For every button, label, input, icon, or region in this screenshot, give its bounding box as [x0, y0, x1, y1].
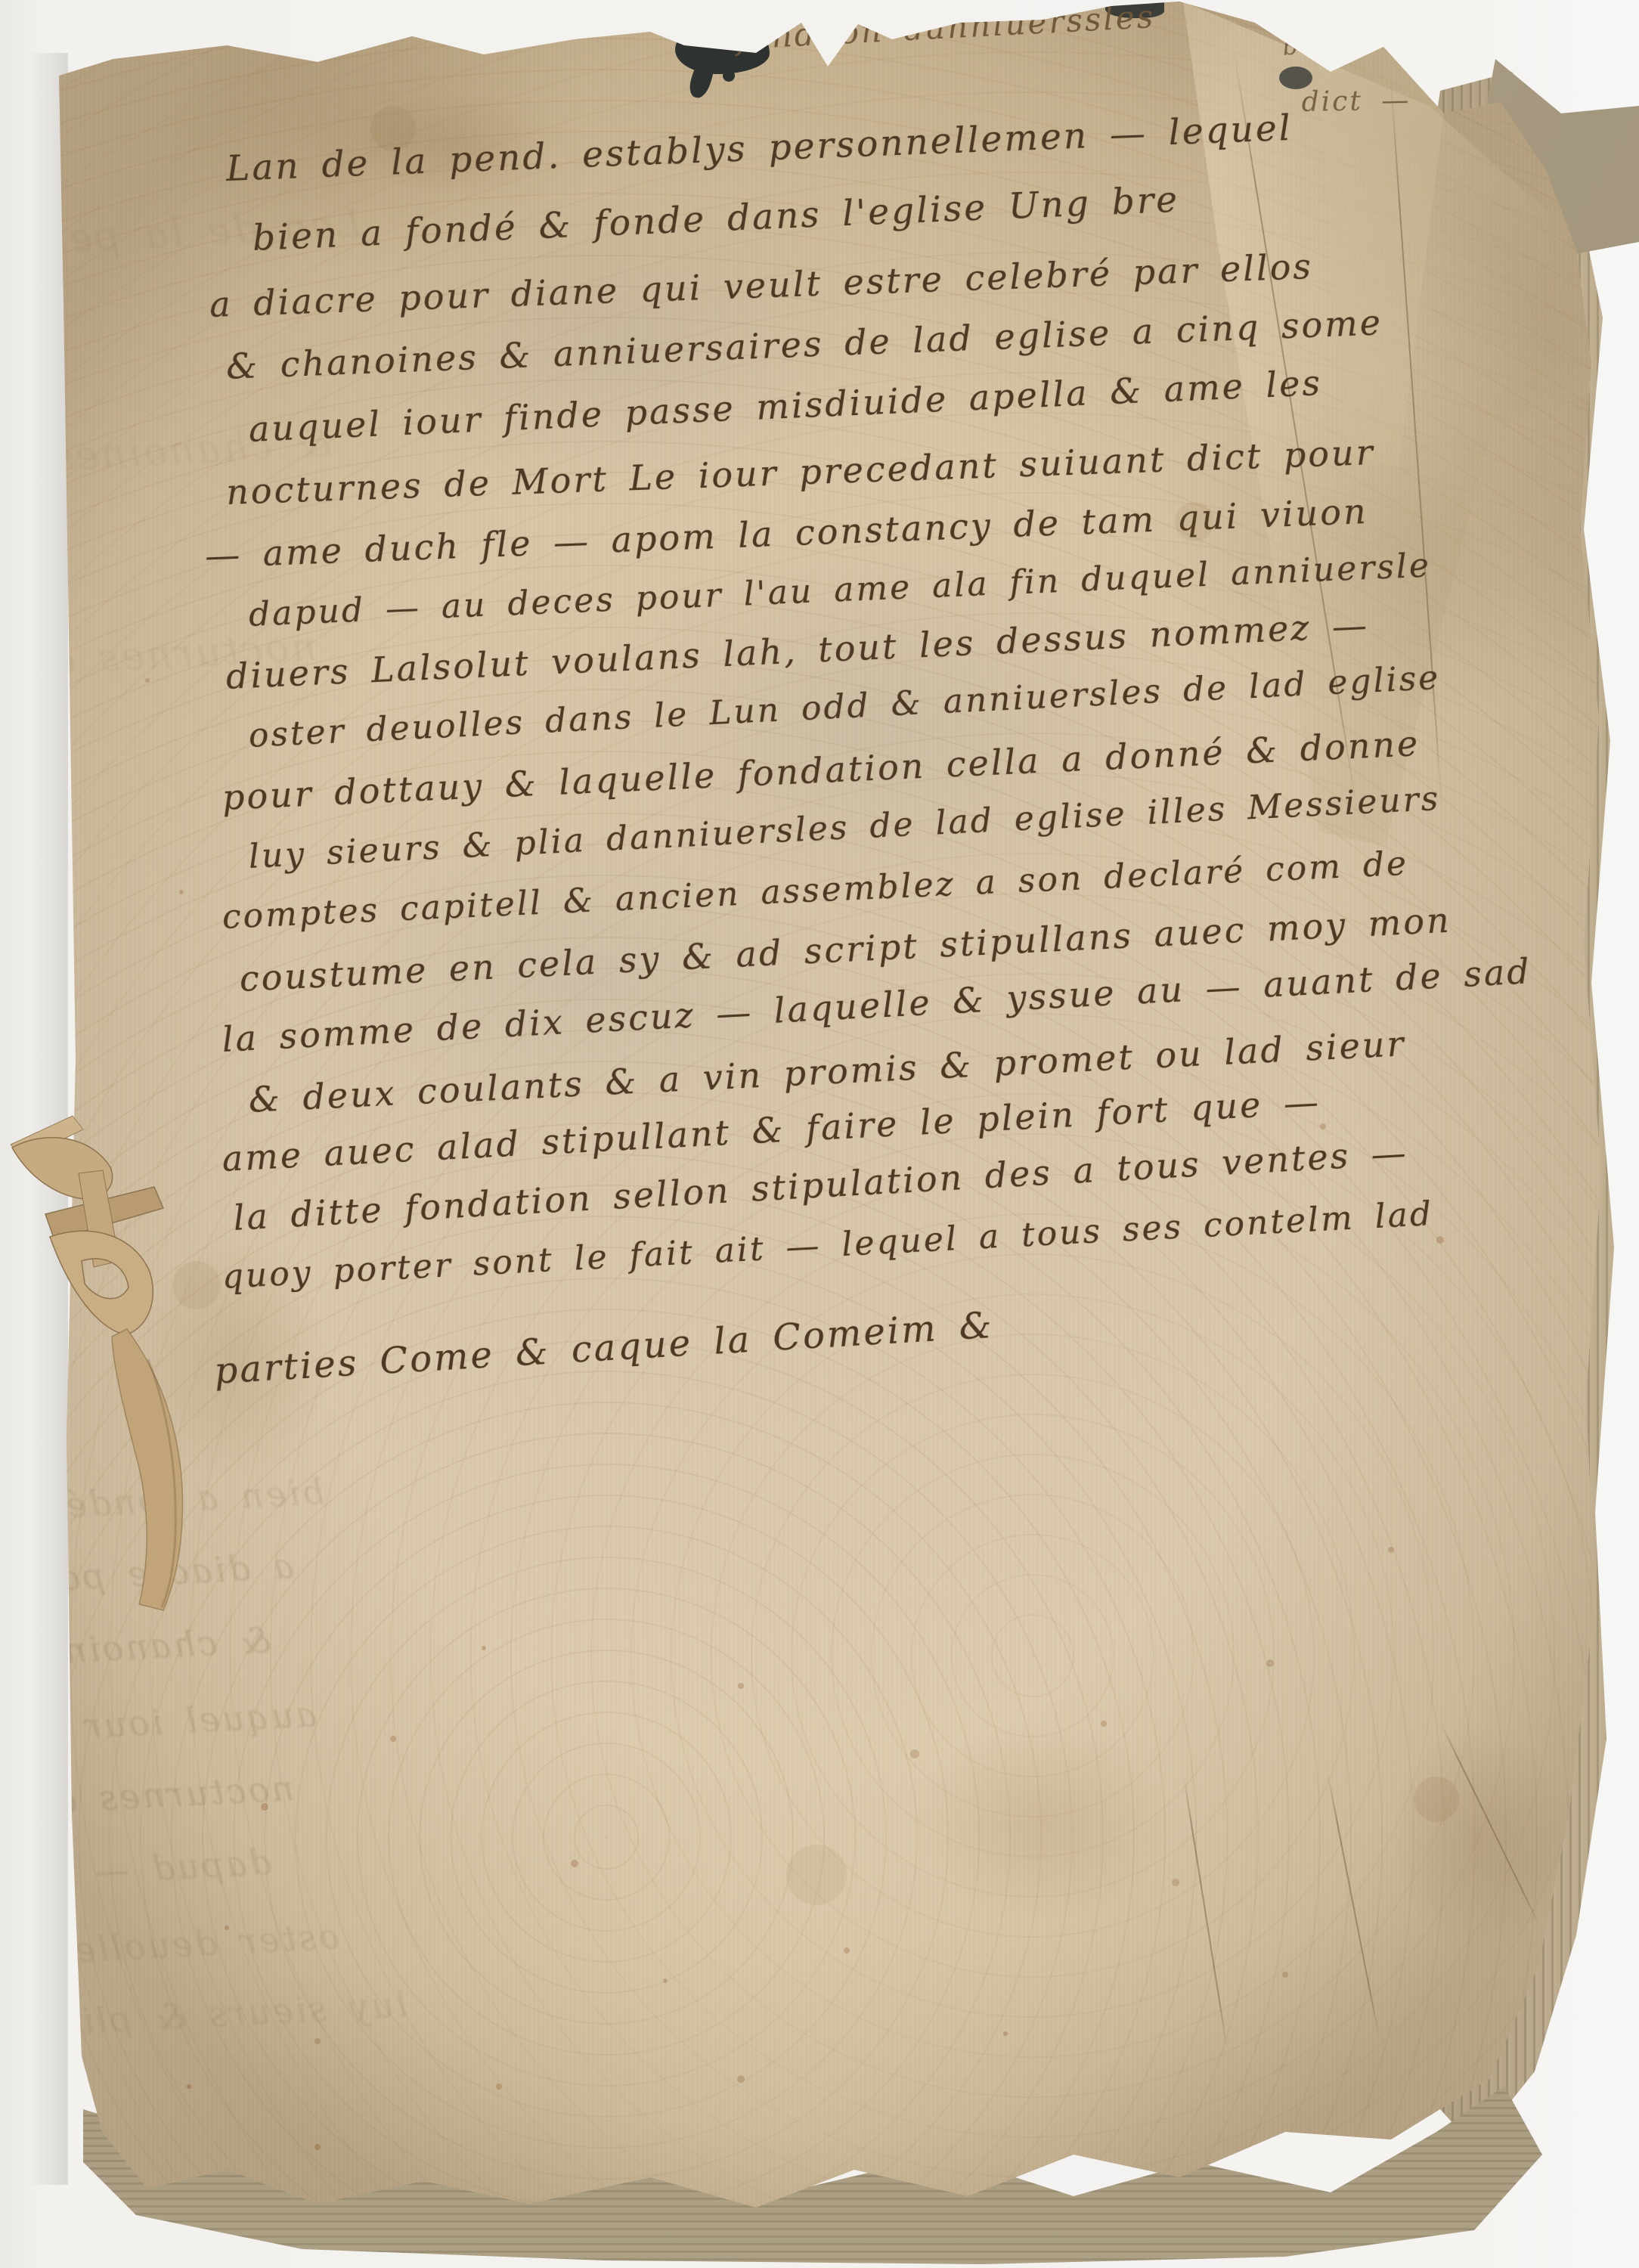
scanned-manuscript-page: fonduon danniuerssles bes dict — Lan de …: [0, 0, 1639, 2268]
stain: [915, 1724, 1172, 1920]
ink-smear: [1279, 67, 1312, 89]
leather-binding-tie: [6, 1110, 210, 1624]
manuscript-line: parties Come & caque la Comeim &: [213, 1307, 994, 1390]
stain: [1391, 1724, 1572, 1950]
crease-line: [1327, 1773, 1380, 2040]
manuscript-page: fonduon danniuerssles bes dict — Lan de …: [0, 0, 1639, 2268]
corner-annotation: dict —: [1301, 87, 1411, 116]
ink-spot: [723, 70, 735, 82]
corner-annotation: bes: [1281, 29, 1333, 59]
crease-line: [1183, 1777, 1228, 2050]
ink-blot: [675, 20, 770, 74]
page-heading: fonduon danniuerssles: [736, 1, 1156, 54]
